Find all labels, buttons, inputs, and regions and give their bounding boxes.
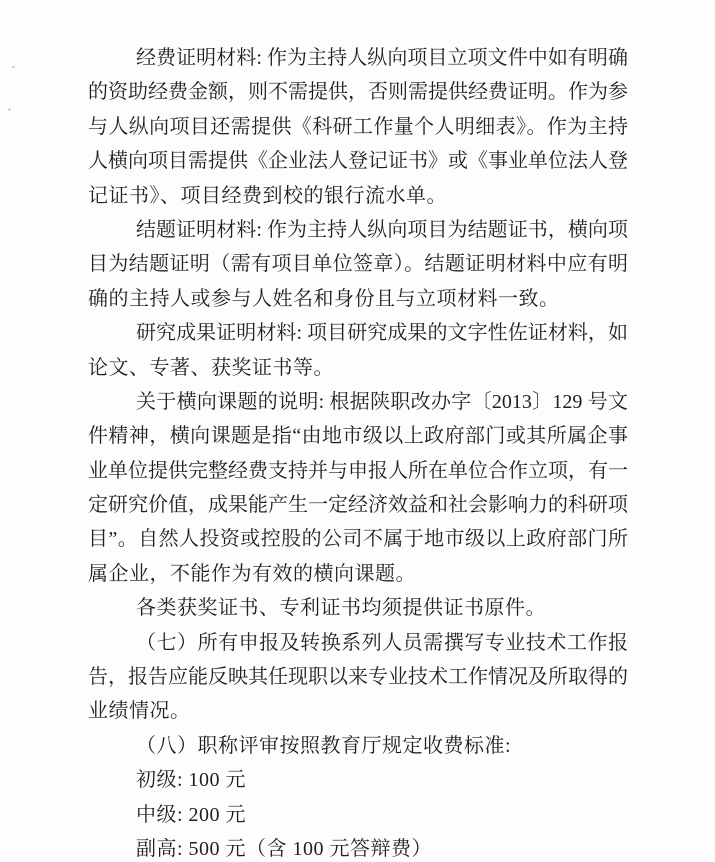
- fee-line-associate-senior: 副高: 500 元（含 100 元答辩费）: [88, 832, 628, 862]
- text-line: 定研究价值，成果能产生一定经济效益和社会影响力的科研项: [88, 488, 628, 522]
- text-line: 业绩情况。: [88, 694, 628, 728]
- text-line: 目”。自然人投资或控股的公司不属于地市级以上政府部门所: [88, 522, 628, 556]
- document-page: 经费证明材料: 作为主持人纵向项目立项文件中如有明确 的资助经费金额，则不需提供…: [0, 0, 715, 862]
- line-conclusion-proof: 结题证明材料: 作为主持人纵向项目为结题证书，横向项: [88, 213, 628, 247]
- text-line: 论文、专著、获奖证书等。: [88, 351, 628, 385]
- line-horizontal-topic-note: 关于横向课题的说明: 根据陕职改办字〔2013〕129 号文: [88, 385, 628, 419]
- line-research-results: 研究成果证明材料: 项目研究成果的文字性佐证材料，如: [88, 316, 628, 350]
- scan-speck: [8, 108, 11, 111]
- text-line: 与人纵向项目还需提供《科研工作量个人明细表》。作为主持: [88, 110, 628, 144]
- text-line: 记证书》、项目经费到校的银行流水单。: [88, 179, 628, 213]
- text-line: 确的主持人或参与人姓名和身份且与立项材料一致。: [88, 282, 628, 316]
- line-funding-proof: 经费证明材料: 作为主持人纵向项目立项文件中如有明确: [88, 41, 628, 75]
- text-line: 目为结题证明（需有项目单位签章）。结题证明材料中应有明: [88, 247, 628, 281]
- text-line: 属企业，不能作为有效的横向课题。: [88, 557, 628, 591]
- fee-line-junior: 初级: 100 元: [88, 763, 628, 797]
- line-award-certificates: 各类获奖证书、专利证书均须提供证书原件。: [88, 591, 628, 625]
- text-line: 告，报告应能反映其任现职以来专业技术工作情况及所取得的: [88, 660, 628, 694]
- document-text: 经费证明材料: 作为主持人纵向项目立项文件中如有明确 的资助经费金额，则不需提供…: [88, 41, 628, 862]
- fee-line-intermediate: 中级: 200 元: [88, 798, 628, 832]
- text-line: 业单位提供完整经费支持并与申报人所在单位合作立项，有一: [88, 454, 628, 488]
- line-item-seven: （七）所有申报及转换系列人员需撰写专业技术工作报: [88, 626, 628, 660]
- text-line: 的资助经费金额，则不需提供，否则需提供经费证明。作为参: [88, 75, 628, 109]
- text-line: 人横向项目需提供《企业法人登记证书》或《事业单位法人登: [88, 144, 628, 178]
- text-line: 件精神，横向课题是指“由地市级以上政府部门或其所属企事: [88, 419, 628, 453]
- line-item-eight: （八）职称评审按照教育厅规定收费标准:: [88, 729, 628, 763]
- scan-speck: [12, 66, 15, 68]
